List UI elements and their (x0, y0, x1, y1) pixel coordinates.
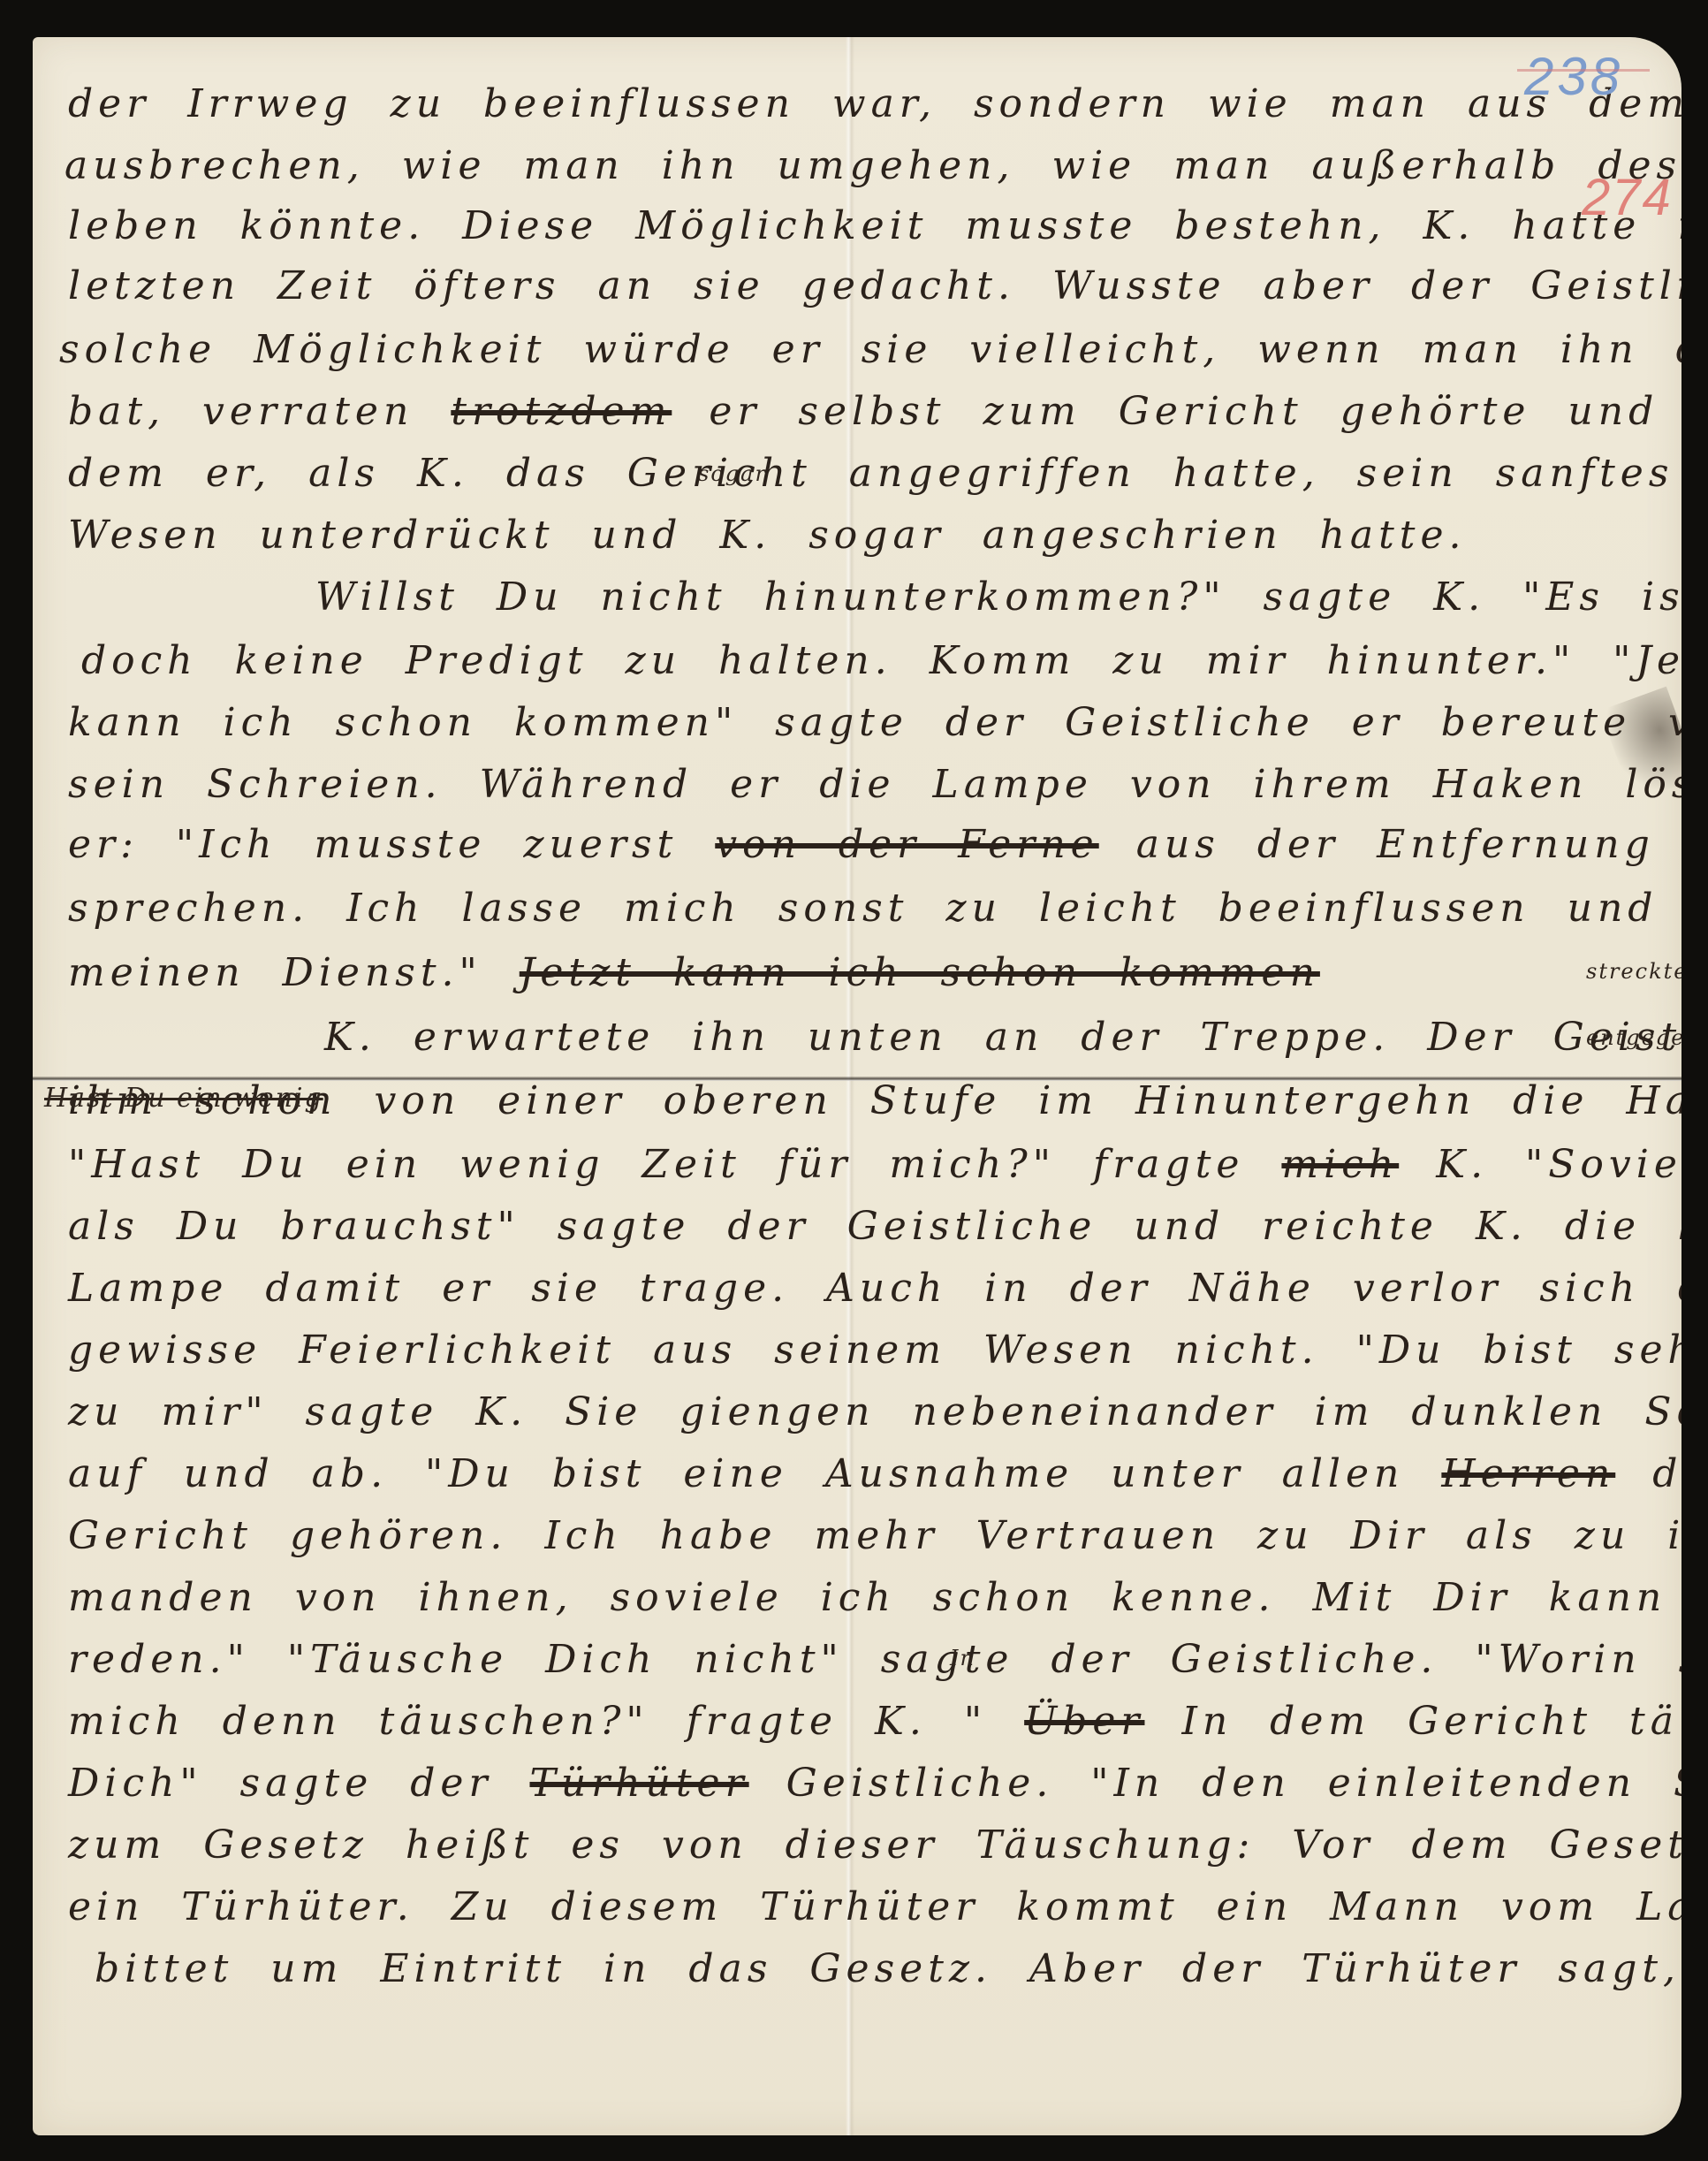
manuscript-line: solche Möglichkeit würde er sie vielleic… (59, 327, 1681, 372)
manuscript-line: K. erwartete ihn unten an der Treppe. De… (324, 1015, 1681, 1060)
manuscript-line: Wesen unterdrückt und K. sogar angeschri… (68, 513, 1466, 558)
line-text: K. "Soviel Zeit (1436, 1142, 1681, 1187)
struck-word: mich (1281, 1142, 1399, 1187)
struck-word: Türhüter (529, 1761, 748, 1806)
manuscript-line: leben könnte. Diese Möglichkeit musste b… (68, 203, 1681, 248)
interlinear-insertion: sogar (698, 461, 767, 486)
line-text: aus der Entfernung mit Dir (1136, 822, 1681, 867)
line-text: dem er, als K. das Gericht angegriffen h… (68, 451, 1674, 496)
manuscript-line: bat, verraten trotzdem er selbst zum Ger… (68, 389, 1681, 434)
line-text: sprechen. Ich lasse mich sonst zu leicht… (68, 886, 1681, 931)
struck-word: Über (1024, 1699, 1144, 1744)
line-text: ausbrechen, wie man ihn umgehen, wie man… (65, 143, 1681, 188)
line-text: manden von ihnen, soviele ich schon kenn… (68, 1575, 1681, 1620)
line-text: solche Möglichkeit würde er sie vielleic… (59, 327, 1681, 372)
line-text: als Du brauchst" sagte der Geistliche un… (68, 1204, 1681, 1249)
line-text: Dich" sagte der (68, 1761, 492, 1806)
page-number-red-pencil: 274 (1582, 168, 1673, 227)
manuscript-line: gewisse Feierlichkeit aus seinem Wesen n… (68, 1328, 1681, 1373)
line-text: auf und ab. "Du bist eine Ausnahme unter… (68, 1451, 1404, 1496)
manuscript-line: der Irrweg zu beeinflussen war, sondern … (68, 81, 1681, 126)
line-text: er selbst zum Gericht gehörte und (709, 389, 1659, 434)
line-text: zu mir" sagte K. Sie giengen nebeneinand… (68, 1389, 1681, 1434)
interlinear-insertion: streckte (1586, 959, 1681, 984)
manuscript-line: mich denn täuschen?" fragte K. " Über In… (68, 1699, 1681, 1744)
manuscript-line: auf und ab. "Du bist eine Ausnahme unter… (68, 1451, 1681, 1496)
manuscript-line: sein Schreien. Während er die Lampe von … (68, 762, 1681, 807)
line-text: kann ich schon kommen" sagte der Geistli… (68, 700, 1681, 745)
line-text: bittet um Eintritt in das Gesetz. Aber d… (95, 1946, 1681, 1991)
manuscript-line: kann ich schon kommen" sagte der Geistli… (68, 700, 1681, 745)
manuscript-line: Dich" sagte der Türhüter Geistliche. "In… (68, 1761, 1681, 1806)
manuscript-line: zum Gesetz heißt es von dieser Täuschung… (68, 1822, 1681, 1868)
line-text: doch keine Predigt zu halten. Komm zu mi… (81, 638, 1681, 683)
line-text: er: "Ich musste zuerst (68, 822, 678, 867)
manuscript-line: "Hast Du ein wenig Zeit für mich?" fragt… (68, 1142, 1681, 1187)
line-text: Lampe damit er sie trage. Auch in der Nä… (68, 1266, 1681, 1311)
manuscript-line: manden von ihnen, soviele ich schon kenn… (68, 1575, 1681, 1620)
manuscript-line: bittet um Eintritt in das Gesetz. Aber d… (95, 1946, 1681, 1991)
page-number-blue-pencil: 238 (1524, 46, 1623, 107)
manuscript-line: er: "Ich musste zuerst von der Ferne aus… (68, 822, 1681, 867)
line-text: mich denn täuschen?" fragte K. " (68, 1699, 987, 1744)
manuscript-line: Gericht gehören. Ich habe mehr Vertrauen… (68, 1513, 1681, 1558)
line-text: der Irrweg zu beeinflussen war, sondern … (68, 81, 1681, 126)
line-text: die zum (1652, 1451, 1681, 1496)
struck-interlinear-text: Hast Du ein wenig (44, 1083, 323, 1114)
line-text: Geistliche. "In den einleitenden Schrift… (786, 1761, 1681, 1806)
struck-word: trotzdem (451, 389, 672, 434)
struck-word: Jetzt kann ich schon kommen (520, 950, 1320, 995)
line-text: gewisse Feierlichkeit aus seinem Wesen n… (68, 1328, 1681, 1373)
manuscript-line: ein Türhüter. Zu diesem Türhüter kommt e… (68, 1884, 1681, 1929)
line-text: ein Türhüter. Zu diesem Türhüter kommt e… (68, 1884, 1681, 1929)
line-text: sein Schreien. Während er die Lampe von … (68, 762, 1681, 807)
line-text: leben könnte. Diese Möglichkeit musste b… (68, 203, 1681, 248)
manuscript-line: Willst Du nicht hinunterkommen?" sagte K… (315, 574, 1681, 620)
line-text: reden." "Täusche Dich nicht" sagte der G… (68, 1637, 1681, 1682)
struck-word: von der Ferne (715, 822, 1098, 867)
manuscript-line: sprechen. Ich lasse mich sonst zu leicht… (68, 886, 1681, 931)
line-text: Willst Du nicht hinunterkommen?" sagte K… (315, 574, 1681, 620)
manuscript-line: zu mir" sagte K. Sie giengen nebeneinand… (68, 1389, 1681, 1434)
manuscript-line: Lampe damit er sie trage. Auch in der Nä… (68, 1266, 1681, 1311)
line-text: bat, verraten (68, 389, 414, 434)
manuscript-line: reden." "Täusche Dich nicht" sagte der G… (68, 1637, 1681, 1682)
manuscript-line: doch keine Predigt zu halten. Komm zu mi… (81, 638, 1681, 683)
line-text: K. erwartete ihn unten an der Treppe. De… (324, 1015, 1681, 1060)
manuscript-page: der Irrweg zu beeinflussen war, sondern … (33, 37, 1681, 2135)
interlinear-insertion: entgegen (1586, 1025, 1681, 1050)
manuscript-line: als Du brauchst" sagte der Geistliche un… (68, 1204, 1681, 1249)
line-text: Wesen unterdrückt und K. sogar angeschri… (68, 513, 1466, 558)
line-text: "Hast Du ein wenig Zeit für mich?" fragt… (68, 1142, 1244, 1187)
line-text: zum Gesetz heißt es von dieser Täuschung… (68, 1822, 1681, 1868)
line-text: In dem Gericht täuschst Du (1181, 1699, 1681, 1744)
manuscript-line: letzten Zeit öfters an sie gedacht. Wuss… (68, 263, 1681, 308)
line-text: meinen Dienst." (68, 950, 482, 995)
interlinear-insertion: In (950, 1646, 975, 1670)
line-text: Gericht gehören. Ich habe mehr Vertrauen… (68, 1513, 1681, 1558)
manuscript-line: ausbrechen, wie man ihn umgehen, wie man… (65, 143, 1681, 188)
line-text: letzten Zeit öfters an sie gedacht. Wuss… (68, 263, 1681, 308)
struck-word: Herren (1441, 1451, 1615, 1496)
manuscript-line: dem er, als K. das Gericht angegriffen h… (68, 451, 1681, 496)
manuscript-line: meinen Dienst." Jetzt kann ich schon kom… (68, 950, 1320, 995)
